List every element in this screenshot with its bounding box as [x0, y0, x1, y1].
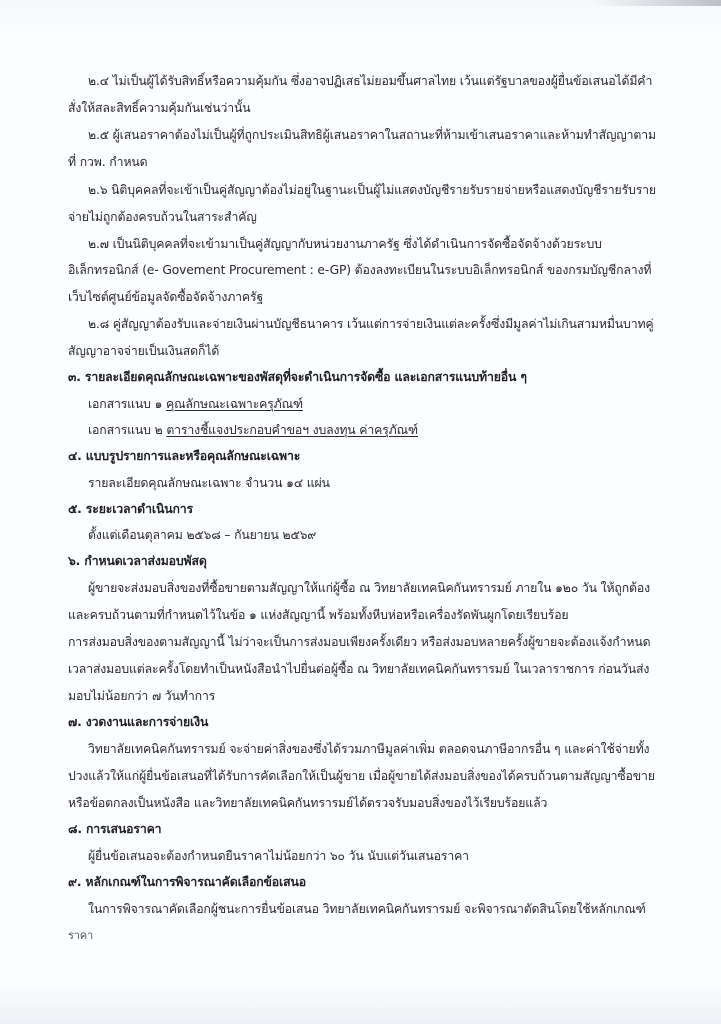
attachment-2-prefix: เอกสารแนบ ๒	[88, 423, 166, 437]
scanned-document-page: ๒.๔ ไม่เป็นผู้ได้รับสิทธิ์หรือความคุ้มกั…	[0, 0, 721, 1024]
section-7-line-3: หรือข้อตกลงเป็นหนังสือ และวิทยาลัยเทคนิค…	[68, 795, 547, 811]
item-2-8-line-2: สัญญาอาจจ่ายเป็นเงินสดก็ได้	[68, 343, 219, 359]
scan-edge-shadow	[591, 0, 721, 6]
section-6-line-4: เวลาส่งมอบแต่ละครั้งโดยทำเป็นหนังสือนำไป…	[68, 661, 649, 677]
attachment-1: เอกสารแนบ ๑ คุณลักษณะเฉพาะครุภัณฑ์	[88, 396, 303, 412]
section-7-line-2: ปวงแล้วให้แก่ผู้ยื่นข้อเสนอที่ได้รับการค…	[68, 768, 655, 784]
section-8-heading: ๘. การเสนอราคา	[68, 821, 161, 837]
section-5-body: ตั้งแต่เดือนตุลาคม ๒๕๖๘ – กันยายน ๒๕๖๙	[88, 527, 316, 543]
section-9-line-1: ในการพิจารณาคัดเลือกผู้ชนะการยื่นข้อเสนอ…	[88, 901, 646, 917]
item-2-8-line-1: ๒.๘ คู่สัญญาต้องรับและจ่ายเงินผ่านบัญชีธ…	[88, 316, 654, 332]
section-6-line-2: และครบถ้วนตามที่กำหนดไว้ในข้อ ๑ แห่งสัญญ…	[68, 607, 569, 623]
attachment-2-title: ตารางชี้แจงประกอบคำขอฯ งบลงทุน ค่าครุภัณ…	[166, 423, 418, 437]
section-6-line-3: การส่งมอบสิ่งของตามสัญญานี้ ไม่ว่าจะเป็น…	[68, 634, 650, 650]
item-2-4-line-1: ๒.๔ ไม่เป็นผู้ได้รับสิทธิ์หรือความคุ้มกั…	[88, 73, 652, 89]
attachment-1-prefix: เอกสารแนบ ๑	[88, 397, 166, 411]
section-4-body: รายละเอียดคุณลักษณะเฉพาะ จำนวน ๑๔ แผ่น	[88, 475, 330, 491]
section-6-line-1: ผู้ขายจะส่งมอบสิ่งของที่ซื้อขายตามสัญญาใ…	[88, 580, 650, 596]
section-6-heading: ๖. กำหนดเวลาส่งมอบพัสดุ	[68, 553, 207, 569]
section-9-line-2: ราคา	[68, 928, 93, 944]
section-7-line-1: วิทยาลัยเทคนิคกันทรารมย์ จะจ่ายค่าสิ่งขอ…	[88, 741, 649, 757]
item-2-5-line-2: ที่ กวพ. กำหนด	[68, 154, 148, 170]
section-4-heading: ๔. แบบรูปรายการและหรือคุณลักษณะเฉพาะ	[68, 448, 300, 464]
item-2-7-line-1: ๒.๗ เป็นนิติบุคคลที่จะเข้ามาเป็นคู่สัญญา…	[88, 236, 602, 252]
item-2-7-line-3: เว็บไซต์ศูนย์ข้อมูลจัดซื้อจัดจ้างภาครัฐ	[68, 289, 263, 305]
section-7-heading: ๗. งวดงานและการจ่ายเงิน	[68, 714, 208, 730]
item-2-5-line-1: ๒.๕ ผู้เสนอราคาต้องไม่เป็นผู้ที่ถูกประเม…	[88, 127, 656, 143]
attachment-2: เอกสารแนบ ๒ ตารางชี้แจงประกอบคำขอฯ งบลงท…	[88, 422, 418, 438]
section-3-heading: ๓. รายละเอียดคุณลักษณะเฉพาะของพัสดุที่จะ…	[68, 369, 527, 385]
item-2-4-line-2: สั่งให้สละสิทธิ์ความคุ้มกันเช่นว่านั้น	[68, 100, 251, 116]
section-9-heading: ๙. หลักเกณฑ์ในการพิจารณาคัดเลือกข้อเสนอ	[68, 874, 306, 890]
item-2-6-line-2: จ่ายไม่ถูกต้องครบถ้วนในสาระสำคัญ	[68, 209, 257, 225]
item-2-6-line-1: ๒.๖ นิติบุคคลที่จะเข้าเป็นคู่สัญญาต้องไม…	[88, 182, 656, 198]
item-2-7-line-2: อิเล็กทรอนิกส์ (e- Govement Procurement …	[68, 262, 651, 278]
section-6-line-5: มอบไม่น้อยกว่า ๗ วันทำการ	[68, 688, 215, 704]
section-8-body: ผู้ยื่นข้อเสนอจะต้องกำหนดยืนราคาไม่น้อยก…	[88, 848, 469, 864]
section-5-heading: ๕. ระยะเวลาดำเนินการ	[68, 501, 193, 517]
attachment-1-title: คุณลักษณะเฉพาะครุภัณฑ์	[166, 397, 303, 411]
